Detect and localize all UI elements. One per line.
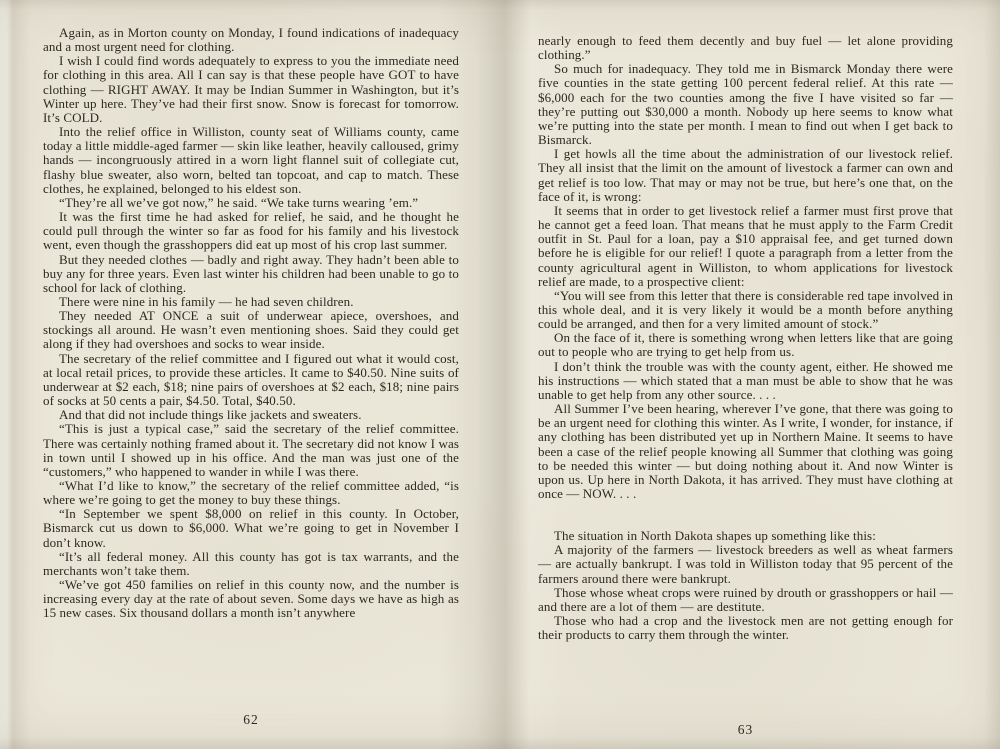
paragraph: “It’s all federal money. All this county… [43,550,459,578]
paragraph: “They’re all we’ve got now,” he said. “W… [43,196,459,210]
paragraph: I don’t think the trouble was with the c… [538,360,953,402]
paragraph: So much for inadequacy. They told me in … [538,62,953,147]
paragraph: A majority of the farmers — livestock br… [538,543,953,585]
paragraph: All Summer I’ve been hearing, wherever I… [538,402,953,501]
paragraph: I wish I could find words adequately to … [43,54,459,125]
paragraph: “This is just a typical case,” said the … [43,422,459,479]
right-page-text: nearly enough to feed them decently and … [538,34,953,642]
paragraph: Those who had a crop and the livestock m… [538,614,953,642]
paragraph: The situation in North Dakota shapes up … [538,529,953,543]
page-number: 63 [538,722,953,738]
paragraph: The secretary of the relief committee an… [43,352,459,409]
paragraph: I get howls all the time about the admin… [538,147,953,204]
paragraph: “You will see from this letter that ther… [538,289,953,331]
paragraph: But they needed clothes — badly and righ… [43,253,459,295]
paragraph: “We’ve got 450 families on relief in thi… [43,578,459,620]
paragraph: On the face of it, there is something wr… [538,331,953,359]
page-number: 62 [43,712,459,728]
paragraph: There were nine in his family — he had s… [43,295,459,309]
top-edge-shadow [0,0,1000,10]
paragraph: “In September we spent $8,000 on relief … [43,507,459,549]
paragraph: It seems that in order to get livestock … [538,204,953,289]
paragraph: It was the first time he had asked for r… [43,210,459,252]
bottom-edge-shadow [0,737,1000,749]
paragraph: They needed AT ONCE a suit of underwear … [43,309,459,351]
paragraph: Those whose wheat crops were ruined by d… [538,586,953,614]
paragraph: Into the relief office in Williston, cou… [43,125,459,196]
paragraph: And that did not include things like jac… [43,408,459,422]
paragraph: “What I’d like to know,” the secretary o… [43,479,459,507]
left-page-text: Again, as in Morton county on Monday, I … [43,26,459,621]
left-page-edge-shadow [0,0,30,749]
paragraph: Again, as in Morton county on Monday, I … [43,26,459,54]
right-page-edge-shadow [984,0,1000,749]
book-spread: Again, as in Morton county on Monday, I … [0,0,1000,749]
paragraph: nearly enough to feed them decently and … [538,34,953,62]
